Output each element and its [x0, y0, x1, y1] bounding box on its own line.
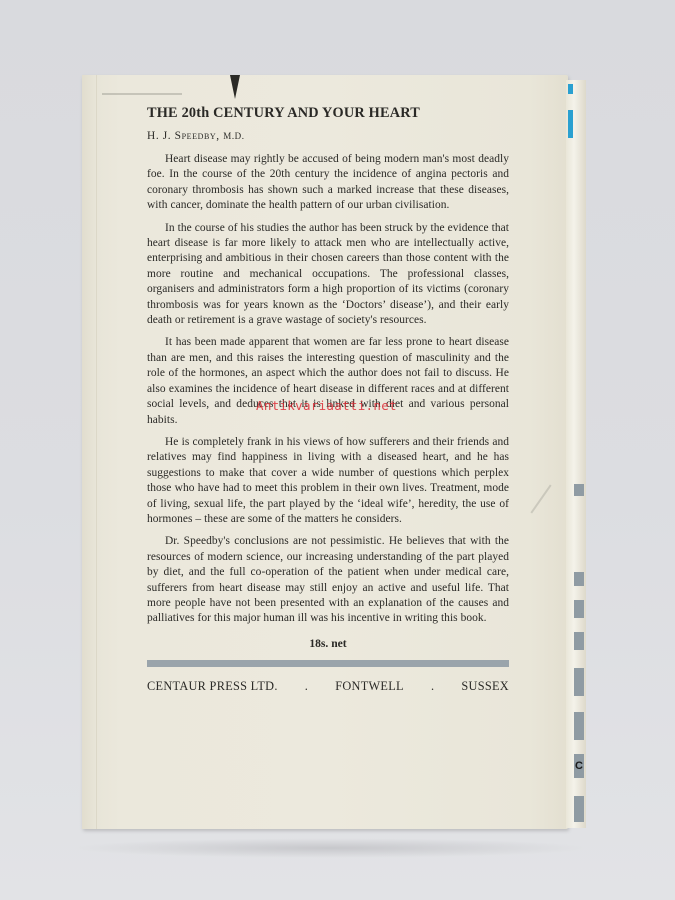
- author-degree: M.D.: [223, 131, 244, 141]
- publisher-separator: .: [305, 679, 308, 694]
- divider-rule: [147, 660, 509, 667]
- price-label: 18s. net: [147, 637, 509, 650]
- author-surname: Speedby,: [175, 130, 220, 142]
- blurb-paragraph: In the course of his studies the author …: [147, 221, 509, 329]
- blurb-paragraph: It has been made apparent that women are…: [147, 335, 509, 427]
- publisher-town: FONTWELL: [335, 679, 404, 694]
- spine-stripe: [574, 572, 584, 586]
- publisher-separator: .: [431, 679, 434, 694]
- blurb-paragraph: Heart disease may rightly be accused of …: [147, 152, 509, 214]
- watermark: Antikvariaatti.net: [256, 398, 397, 413]
- spine-blue-mark: [568, 110, 573, 138]
- spine-stripe: [574, 600, 584, 618]
- spine-stripe: [574, 668, 584, 696]
- jacket-tear: [230, 75, 240, 99]
- spine-stripe: [574, 484, 584, 496]
- publisher-line: CENTAUR PRESS LTD. . FONTWELL . SUSSEX: [147, 679, 509, 694]
- author-initials: H. J.: [147, 130, 175, 142]
- spine-letter: C: [575, 760, 583, 772]
- spine-stripe: [574, 796, 584, 822]
- publisher-county: SUSSEX: [461, 679, 509, 694]
- spine-stripe: [574, 712, 584, 740]
- book-author: H. J. Speedby, M.D.: [147, 130, 509, 142]
- jacket-crease: [102, 93, 182, 95]
- cover-shadow: [70, 838, 590, 858]
- jacket-flap-fold: [82, 75, 97, 829]
- publisher-name: CENTAUR PRESS LTD.: [147, 679, 278, 694]
- book-title: THE 20th CENTURY AND YOUR HEART: [147, 105, 509, 122]
- spine-stripe: [574, 632, 584, 650]
- blurb-paragraph: Dr. Speedby's conclusions are not pessim…: [147, 534, 509, 626]
- blurb-paragraph: He is completely frank in his views of h…: [147, 435, 509, 527]
- spine-blue-mark: [568, 84, 573, 94]
